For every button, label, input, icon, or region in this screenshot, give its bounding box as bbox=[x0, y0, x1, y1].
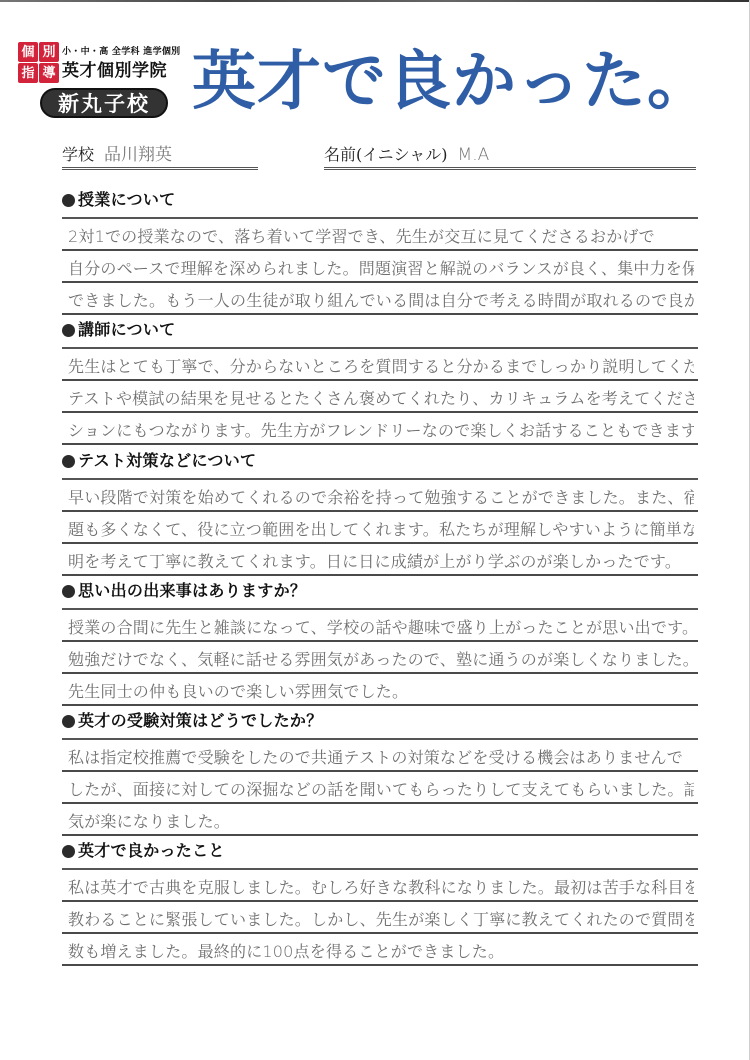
badge-char: 個 bbox=[18, 42, 38, 62]
section-teachers: 講師について 先生はとても丁寧で、分からないところを質問すると分かるまでしっかり… bbox=[62, 318, 698, 445]
answer-line: 自分のペースで理解を深められました。問題演習と解説のバランスが良く、集中力を保つ… bbox=[62, 251, 698, 283]
section-title-text: 英才の受験対策はどうでしたか？ bbox=[78, 709, 323, 733]
answer-text: 私は指定校推薦で受験をしたので共通テストの対策などを受ける機会はありませんで bbox=[68, 745, 683, 768]
school-label: 学校 bbox=[62, 142, 94, 165]
section-good-points: 英才で良かったこと 私は英才で古典を克服しました。むしろ好きな教科になりました。… bbox=[62, 839, 698, 966]
section-title: テスト対策などについて bbox=[62, 449, 698, 473]
badge-char: 導 bbox=[39, 63, 59, 83]
section-title-text: 英才で良かったこと bbox=[78, 839, 225, 863]
answer-lines: 授業の合間に先生と雑談になって、学校の話や趣味で盛り上がったことが思い出です。 … bbox=[62, 610, 698, 706]
bullet-icon bbox=[62, 324, 75, 337]
answer-text: したが、面接に対しての深掘などの話を聞いてもらったりして支えてもらいました。話す… bbox=[68, 777, 694, 800]
section-classes: 授業について 2対1での授業なので、落ち着いて学習でき、先生が交互に見てくださる… bbox=[62, 188, 698, 315]
section-title: 授業について bbox=[62, 188, 698, 212]
answer-line: 先生同士の仲も良いので楽しい雰囲気でした。 bbox=[62, 674, 698, 706]
answer-line: 明を考えて丁寧に教えてくれます。日に日に成績が上がり学ぶのが楽しかったです。 bbox=[62, 544, 698, 576]
section-title-text: テスト対策などについて bbox=[78, 449, 256, 473]
page-headline: 英才で良かった。 bbox=[192, 42, 712, 122]
bullet-icon bbox=[62, 585, 75, 598]
section-exam-prep: 英才の受験対策はどうでしたか？ 私は指定校推薦で受験をしたので共通テストの対策な… bbox=[62, 709, 698, 836]
answer-line: 2対1での授業なので、落ち着いて学習でき、先生が交互に見てくださるおかげで bbox=[62, 219, 698, 251]
school-field: 学校 品川翔英 bbox=[62, 140, 258, 170]
name-field: 名前(イニシャル) M.A bbox=[324, 140, 696, 170]
answer-line: 数も増えました。最終的に100点を得ることができました。 bbox=[62, 934, 698, 966]
badge-char: 指 bbox=[18, 63, 38, 83]
answer-text: 授業の合間に先生と雑談になって、学校の話や趣味で盛り上がったことが思い出です。 bbox=[68, 615, 694, 638]
section-title: 英才で良かったこと bbox=[62, 839, 698, 863]
answer-lines: 2対1での授業なので、落ち着いて学習でき、先生が交互に見てくださるおかげで 自分… bbox=[62, 219, 698, 315]
answer-text: できました。もう一人の生徒が取り組んでいる間は自分で考える時間が取れるので良かっ… bbox=[68, 288, 694, 311]
answer-line: 教わることに緊張していました。しかし、先生が楽しく丁寧に教えてくれたので質問をす… bbox=[62, 902, 698, 934]
answer-line: 気が楽になりました。 bbox=[62, 804, 698, 836]
section-title-text: 講師について bbox=[78, 318, 175, 342]
section-title-text: 授業について bbox=[78, 188, 175, 212]
answer-text: 教わることに緊張していました。しかし、先生が楽しく丁寧に教えてくれたので質問をす… bbox=[68, 907, 694, 930]
brand-name: 英才個別学院 bbox=[62, 56, 167, 81]
answer-lines: 私は指定校推薦で受験をしたので共通テストの対策などを受ける機会はありませんで し… bbox=[62, 740, 698, 836]
answer-line: 先生はとても丁寧で、分からないところを質問すると分かるまでしっかり説明してくださ… bbox=[62, 349, 698, 381]
section-title: 英才の受験対策はどうでしたか？ bbox=[62, 709, 698, 733]
answer-text: 題も多くなくて、役に立つ範囲を出してくれます。私たちが理解しやすいように簡単な説 bbox=[68, 517, 694, 540]
section-title-text: 思い出の出来事はありますか？ bbox=[78, 579, 306, 603]
section-title: 講師について bbox=[62, 318, 698, 342]
branch-name-pill: 新丸子校 bbox=[40, 88, 168, 118]
school-logo: 個 別 指 導 小・中・高 全学科 進学個別 英才個別学院 新丸子校 bbox=[18, 42, 188, 120]
answer-text: 数も増えました。最終的に100点を得ることができました。 bbox=[68, 939, 504, 962]
section-title: 思い出の出来事はありますか？ bbox=[62, 579, 698, 603]
answer-text: 早い段階で対策を始めてくれるので余裕を持って勉強することができました。また、宿 bbox=[68, 485, 694, 508]
answer-line: 授業の合間に先生と雑談になって、学校の話や趣味で盛り上がったことが思い出です。 bbox=[62, 610, 698, 642]
answer-text: 勉強だけでなく、気軽に話せる雰囲気があったので、塾に通うのが楽しくなりました。 bbox=[68, 647, 694, 670]
answer-line: 早い段階で対策を始めてくれるので余裕を持って勉強することができました。また、宿 bbox=[62, 480, 698, 512]
bullet-icon bbox=[62, 194, 75, 207]
section-memories: 思い出の出来事はありますか？ 授業の合間に先生と雑談になって、学校の話や趣味で盛… bbox=[62, 579, 698, 706]
answer-line: 私は指定校推薦で受験をしたので共通テストの対策などを受ける機会はありませんで bbox=[62, 740, 698, 772]
answer-line: 題も多くなくて、役に立つ範囲を出してくれます。私たちが理解しやすいように簡単な説 bbox=[62, 512, 698, 544]
scan-edge-top bbox=[0, 0, 750, 2]
answer-text: 自分のペースで理解を深められました。問題演習と解説のバランスが良く、集中力を保つ… bbox=[68, 256, 694, 279]
answer-line: 私は英才で古典を克服しました。むしろ好きな教科になりました。最初は苦手な科目を bbox=[62, 870, 698, 902]
bullet-icon bbox=[62, 455, 75, 468]
answer-text: 2対1での授業なので、落ち着いて学習でき、先生が交互に見てくださるおかげで bbox=[68, 224, 655, 247]
answer-text: 先生はとても丁寧で、分からないところを質問すると分かるまでしっかり説明してくださ… bbox=[68, 354, 694, 377]
answer-text: 気が楽になりました。 bbox=[68, 809, 230, 832]
answer-line: できました。もう一人の生徒が取り組んでいる間は自分で考える時間が取れるので良かっ… bbox=[62, 283, 698, 315]
answer-lines: 先生はとても丁寧で、分からないところを質問すると分かるまでしっかり説明してくださ… bbox=[62, 349, 698, 445]
name-value: M.A bbox=[458, 145, 490, 165]
badge-char: 別 bbox=[39, 42, 59, 62]
name-label: 名前(イニシャル) bbox=[324, 142, 448, 165]
answer-line: したが、面接に対しての深掘などの話を聞いてもらったりして支えてもらいました。話す… bbox=[62, 772, 698, 804]
answer-line: ションにもつながります。先生方がフレンドリーなので楽しくお話することもできます。 bbox=[62, 413, 698, 445]
bullet-icon bbox=[62, 715, 75, 728]
answer-text: 私は英才で古典を克服しました。むしろ好きな教科になりました。最初は苦手な科目を bbox=[68, 875, 694, 898]
kobetsu-shidou-badge: 個 別 指 導 bbox=[18, 42, 58, 82]
answer-line: 勉強だけでなく、気軽に話せる雰囲気があったので、塾に通うのが楽しくなりました。 bbox=[62, 642, 698, 674]
section-test-prep: テスト対策などについて 早い段階で対策を始めてくれるので余裕を持って勉強すること… bbox=[62, 449, 698, 576]
answer-text: 先生同士の仲も良いので楽しい雰囲気でした。 bbox=[68, 679, 408, 702]
answer-text: テストや模試の結果を見せるとたくさん褒めてくれたり、カリキュラムを考えてくださる… bbox=[68, 386, 694, 409]
answer-lines: 私は英才で古典を克服しました。むしろ好きな教科になりました。最初は苦手な科目を … bbox=[62, 870, 698, 966]
answer-lines: 早い段階で対策を始めてくれるので余裕を持って勉強することができました。また、宿 … bbox=[62, 480, 698, 576]
bullet-icon bbox=[62, 845, 75, 858]
answer-text: ションにもつながります。先生方がフレンドリーなので楽しくお話することもできます。 bbox=[68, 418, 694, 441]
school-value: 品川翔英 bbox=[104, 140, 172, 165]
answer-text: 明を考えて丁寧に教えてくれます。日に日に成績が上がり学ぶのが楽しかったです。 bbox=[68, 549, 681, 572]
answer-line: テストや模試の結果を見せるとたくさん褒めてくれたり、カリキュラムを考えてくださる… bbox=[62, 381, 698, 413]
